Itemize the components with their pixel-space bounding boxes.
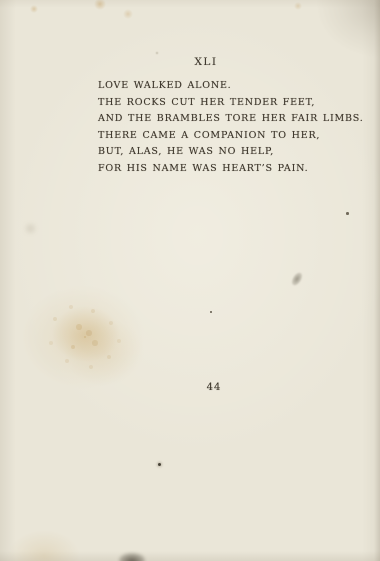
poem-line: THE ROCKS CUT HER TENDER FEET,: [98, 95, 364, 112]
poem-line: LOVE WALKED ALONE.: [98, 78, 364, 95]
smudge-mark: [290, 271, 304, 287]
ink-speck: [158, 463, 161, 466]
chapter-numeral: XLI: [98, 56, 314, 68]
foxing-stain: [84, 336, 86, 338]
ink-speck: [210, 311, 212, 313]
poem: LOVE WALKED ALONE.THE ROCKS CUT HER TEND…: [98, 78, 364, 177]
poem-line: THERE CAME A COMPANION TO HER,: [98, 128, 364, 145]
poem-line: BUT, ALAS, HE WAS NO HELP,: [98, 144, 364, 161]
ink-speck: [156, 52, 158, 54]
poem-line: AND THE BRAMBLES TORE HER FAIR LIMBS.: [98, 111, 364, 128]
poem-line: FOR HIS NAME WAS HEART’S PAIN.: [98, 161, 364, 178]
bottom-edge-shadow: [119, 553, 145, 561]
book-page: XLI LOVE WALKED ALONE.THE ROCKS CUT HER …: [0, 0, 380, 561]
smudge-mark: [26, 224, 35, 233]
page-number: 44: [202, 382, 226, 393]
ink-speck: [346, 212, 349, 215]
